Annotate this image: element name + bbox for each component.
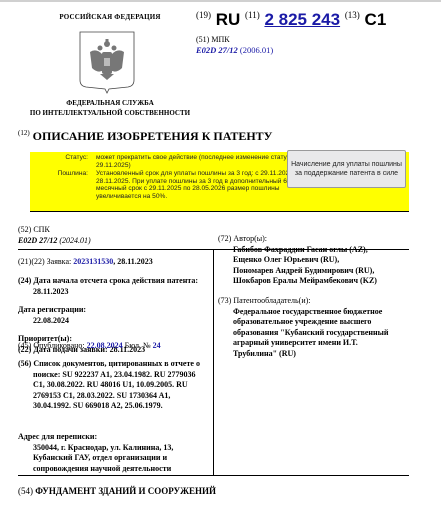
status-text: может прекратить свое действие (последне… xyxy=(96,154,308,169)
spk-label: (52) СПК xyxy=(18,225,50,234)
registration-field: Дата регистрации: 22.08.2024 xyxy=(18,305,208,326)
bulletin-number-link[interactable]: 24 xyxy=(153,341,161,350)
author-3: Пономарев Андрей Будимирович (RU), xyxy=(218,266,408,277)
cited-label: (56) Список документов, цитированных в о… xyxy=(18,359,200,368)
term-start-label: (24) Дата начала отсчета срока действия … xyxy=(18,276,198,285)
mpk-label: (51) МПК xyxy=(196,35,230,44)
fee-label: Пошлина: xyxy=(30,170,88,178)
registration-label: Дата регистрации: xyxy=(18,305,86,314)
author-1: Габибов Фахраддин Гасан оглы (AZ), xyxy=(218,245,408,256)
term-start-field: (24) Дата начала отсчета срока действия … xyxy=(18,276,213,297)
address-label: Адрес для переписки: xyxy=(18,432,97,441)
status-label: Статус: xyxy=(30,154,88,162)
coat-of-arms-icon xyxy=(78,30,136,94)
address-field: Адрес для переписки: 350044, г. Краснода… xyxy=(18,432,213,474)
mpk-version-link[interactable]: (2006.01) xyxy=(240,45,273,55)
top-border xyxy=(0,0,441,2)
author-4: Шокбаров Ералы Мейрамбекович (KZ) xyxy=(218,276,408,287)
published-field: (45) Опубликовано: 22.08.2024 Бюл. № 24 xyxy=(18,341,213,352)
published-label: (45) Опубликовано: xyxy=(18,341,85,350)
mpk-classification: E02D 27/12 (2006.01) xyxy=(196,45,273,55)
column-divider xyxy=(213,249,214,475)
code-54: (54) xyxy=(18,486,33,496)
term-start-date: 28.11.2023 xyxy=(18,287,213,298)
authors-field: (72) Автор(ы): Габибов Фахраддин Гасан о… xyxy=(218,234,408,287)
agency-line-2: ПО ИНТЕЛЛЕКТУАЛЬНОЙ СОБСТВЕННОСТИ xyxy=(10,108,210,118)
agency-name: ФЕДЕРАЛЬНАЯ СЛУЖБА ПО ИНТЕЛЛЕКТУАЛЬНОЙ С… xyxy=(10,98,210,118)
patent-number-link[interactable]: 2 825 243 xyxy=(264,10,340,29)
published-date-link[interactable]: 22.08.2024 xyxy=(87,341,123,350)
document-title-text: ОПИСАНИЕ ИЗОБРЕТЕНИЯ К ПАТЕНТУ xyxy=(33,129,273,143)
holder-label: (73) Патентообладатель(и): xyxy=(218,296,311,305)
invention-title: (54) ФУНДАМЕНТ ЗДАНИЙ И СООРУЖЕНИЙ xyxy=(18,486,216,496)
code-12: (12) xyxy=(18,129,30,137)
address-text: 350044, г. Краснодар, ул. Калинина, 13, … xyxy=(18,443,203,475)
authors-label: (72) Автор(ы): xyxy=(218,234,267,243)
document-title: (12) ОПИСАНИЕ ИЗОБРЕТЕНИЯ К ПАТЕНТУ xyxy=(18,129,273,144)
code-13: (13) xyxy=(345,10,360,20)
section-divider-bottom xyxy=(18,475,409,476)
code-11: (11) xyxy=(245,10,260,20)
application-number-link[interactable]: 2023131530 xyxy=(73,257,113,266)
country-name: РОССИЙСКАЯ ФЕДЕРАЦИЯ xyxy=(55,13,165,21)
author-2: Ещенко Олег Юрьевич (RU), xyxy=(218,255,408,266)
fee-text: Установленный срок для уплаты пошлины за… xyxy=(96,170,308,200)
application-date: , 28.11.2023 xyxy=(113,257,153,266)
cited-documents: поиске: SU 922237 A1, 23.04.1982. RU 277… xyxy=(18,370,208,412)
code-19: (19) xyxy=(196,10,211,20)
application-label: (21)(22) Заявка: xyxy=(18,257,71,266)
spk-code: E02D 27/12 xyxy=(18,236,57,245)
kind-code: C1 xyxy=(365,10,387,29)
registration-date: 22.08.2024 xyxy=(18,316,208,327)
agency-line-1: ФЕДЕРАЛЬНАЯ СЛУЖБА xyxy=(10,98,210,108)
document-number: (19) RU (11) 2 825 243 (13) C1 xyxy=(196,10,386,30)
mpk-code-link[interactable]: E02D 27/12 xyxy=(196,45,238,55)
cited-documents-field: (56) Список документов, цитированных в о… xyxy=(18,359,213,412)
holder-text: Федеральное государственное бюджетное об… xyxy=(218,307,403,360)
fee-calculation-button[interactable]: Начисление для уплаты пошлины за поддерж… xyxy=(287,150,406,188)
application-field: (21)(22) Заявка: 2023131530, 28.11.2023 xyxy=(18,257,208,268)
status-divider xyxy=(30,211,409,212)
invention-title-text: ФУНДАМЕНТ ЗДАНИЙ И СООРУЖЕНИЙ xyxy=(35,486,216,496)
bulletin-label: Бюл. № xyxy=(125,341,151,350)
spk-classification: E02D 27/12 (2024.01) xyxy=(18,236,91,245)
country-code: RU xyxy=(216,10,241,29)
spk-version: (2024.01) xyxy=(59,236,90,245)
patent-holder-field: (73) Патентообладатель(и): Федеральное г… xyxy=(218,296,408,359)
